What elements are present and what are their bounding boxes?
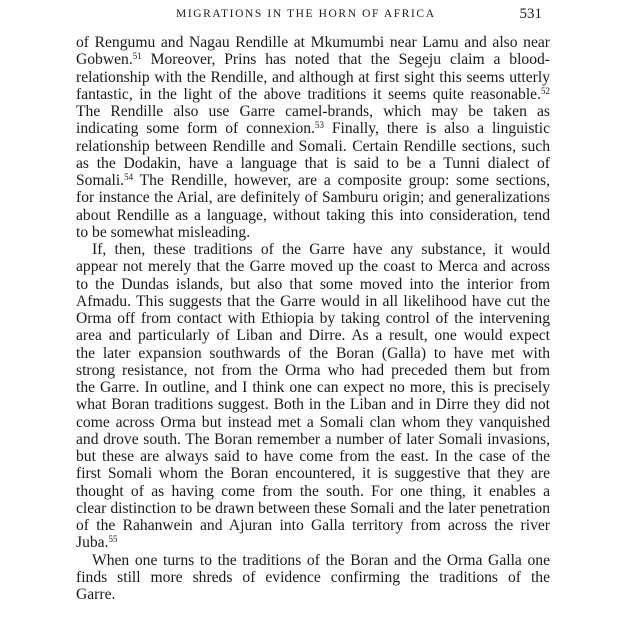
text-line: fantastic, in the light of the above tra… [76,86,550,103]
paragraph: When one turns to the traditions of the … [76,552,550,604]
text-line: and drove south. The Boran remember a nu… [76,431,550,448]
text-line: The Rendille also use Garre camel-brands… [76,103,550,120]
text-line: relationship with the Rendille, and alth… [76,69,550,86]
text-line: area and particularly of Liban and Dirre… [76,327,550,344]
text-line: the later expansion southwards of the Bo… [76,345,550,362]
text-line: relationship between Rendille and Somali… [76,138,550,155]
text-line: what Boran traditions suggest. Both in t… [76,396,550,413]
text-line: first Somali whom the Boran encountered,… [76,465,550,482]
running-head-title: MIGRATIONS IN THE HORN OF AFRICA [176,8,436,20]
text-line: to the Dundas islands, but also that som… [76,276,550,293]
text-line: Afmadu. This suggests that the Garre wou… [76,293,550,310]
text-line: finds still more shreds of evidence conf… [76,569,550,586]
footnote-marker[interactable]: 54 [124,172,133,182]
text-line: the Garre. In outline, and I think one c… [76,379,550,396]
text-line: Orma off from contact with Ethiopia by t… [76,310,550,327]
text-line: about Rendille as a language, without ta… [76,207,550,224]
text-line: thought of as having come from the south… [76,483,550,500]
running-head: MIGRATIONS IN THE HORN OF AFRICA 531 [76,0,550,34]
footnote-marker[interactable]: 52 [541,86,550,96]
text-line: strong resistance, not from the Orma who… [76,362,550,379]
paragraph: of Rengumu and Nagau Rendille at Mkumumb… [76,34,550,241]
text-line: indicating some form of connexion.53 Fin… [76,120,550,137]
page-number: 531 [520,6,543,23]
text-line: Juba.55 [76,534,550,551]
text-line: as the Dodakin, have a language that is … [76,155,550,172]
text-line: When one turns to the traditions of the … [76,552,550,569]
footnote-marker[interactable]: 55 [108,534,117,544]
text-line: Somali.54 The Rendille, however, are a c… [76,172,550,189]
text-line: Garre. [76,586,550,603]
text-line: but these are always said to have come f… [76,448,550,465]
text-line: clear distinction to be drawn between th… [76,500,550,517]
text-line: Gobwen.51 Moreover, Prins has noted that… [76,51,550,68]
footnote-marker[interactable]: 51 [133,51,142,61]
text-line: appear not merely that the Garre moved u… [76,258,550,275]
text-line: come across Orma but instead met a Somal… [76,414,550,431]
paragraph: If, then, these traditions of the Garre … [76,241,550,552]
document-page: MIGRATIONS IN THE HORN OF AFRICA 531 of … [76,0,550,603]
body-text: of Rengumu and Nagau Rendille at Mkumumb… [76,34,550,603]
text-line: If, then, these traditions of the Garre … [76,241,550,258]
text-line: to be somewhat misleading. [76,224,550,241]
text-line: for instance the Arial, are definitely o… [76,189,550,206]
text-line: of Rengumu and Nagau Rendille at Mkumumb… [76,34,550,51]
footnote-marker[interactable]: 53 [315,120,324,130]
text-line: of the Rahanwein and Ajuran into Galla t… [76,517,550,534]
